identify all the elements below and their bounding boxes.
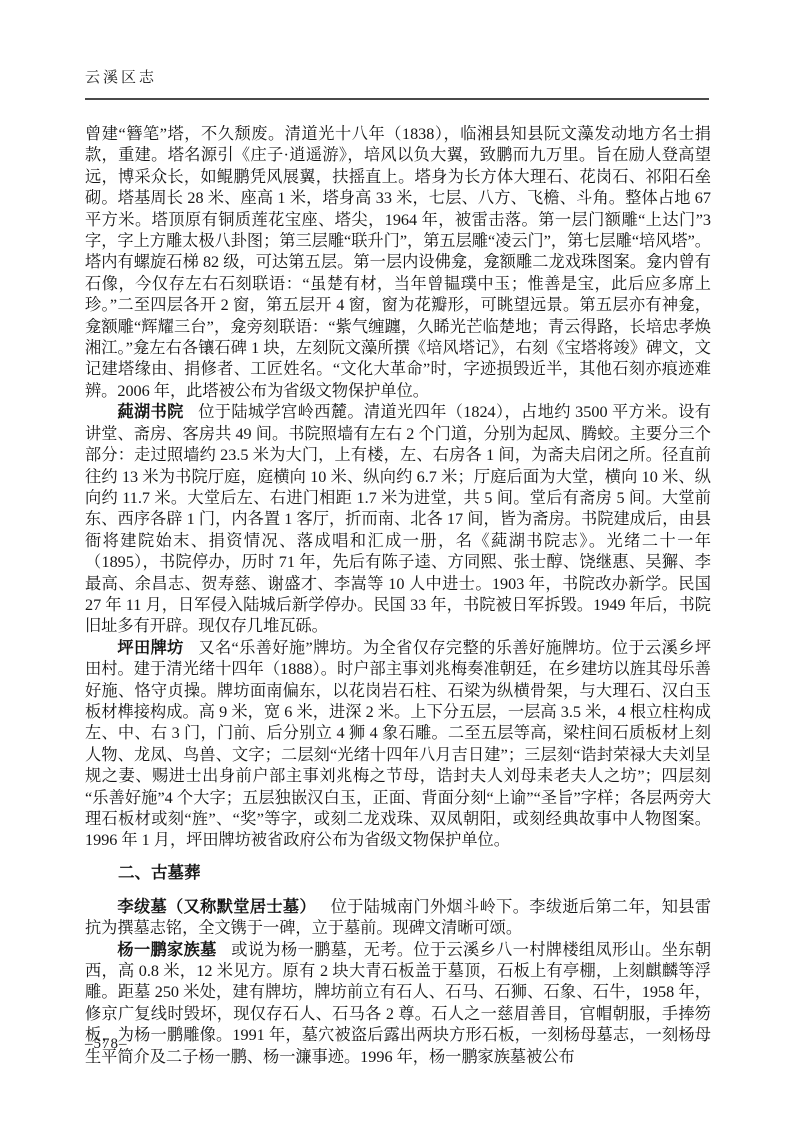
entry-title-chunhu-academy: 蒓湖书院 (117, 403, 183, 421)
running-header: 云溪区志 (85, 66, 709, 87)
entry-text-chunhu-academy: 位于陆城学宫岭西麓。清道光四年（1824），占地约 3500 平方米。设有讲堂、… (85, 403, 711, 635)
paragraph-peifeng-pagoda-continuation: 曾建“簪笔”塔，不久颓废。清道光十八年（1838），临湘县知县阮文藻发动地方名士… (85, 124, 711, 402)
book-title: 云溪区志 (85, 66, 157, 87)
document-page: 云溪区志 曾建“簪笔”塔，不久颓废。清道光十八年（1838），临湘县知县阮文藻发… (0, 0, 793, 1122)
page-number: –578– (85, 1036, 128, 1052)
header-rule (85, 98, 709, 100)
page-footer: –578– (85, 1036, 128, 1053)
paragraph-pingtian-archway: 坪田牌坊又名“乐善好施”牌坊。为全省仅存完整的乐善好施牌坊。位于云溪乡坪田村。建… (85, 638, 711, 852)
entry-title-lifu-tomb: 李绂墓（又称默堂居士墓） (117, 898, 316, 916)
paragraph-yangyipeng-family-tomb: 杨一鹏家族墓或说为杨一鹏墓，无考。位于云溪乡八一村牌楼组凤形山。坐东朝西，高 0… (85, 940, 711, 1068)
page-body: 曾建“簪笔”塔，不久颓废。清道光十八年（1838），临湘县知县阮文藻发动地方名士… (85, 124, 711, 1068)
paragraph-lifu-tomb: 李绂墓（又称默堂居士墓）位于陆城南门外烟斗岭下。李绂逝后第二年，知县雷抗为撰墓志… (85, 897, 711, 940)
paragraph-chunhu-academy: 蒓湖书院位于陆城学宫岭西麓。清道光四年（1824），占地约 3500 平方米。设… (85, 402, 711, 637)
entry-title-pingtian-archway: 坪田牌坊 (117, 639, 183, 657)
entry-text-pingtian-archway: 又名“乐善好施”牌坊。为全省仅存完整的乐善好施牌坊。位于云溪乡坪田村。建于清光绪… (85, 639, 711, 850)
entry-title-yangyipeng-family-tomb: 杨一鹏家族墓 (117, 941, 216, 959)
section-heading-ancient-tombs: 二、古墓葬 (85, 863, 711, 884)
entry-text-yangyipeng-family-tomb: 或说为杨一鹏墓，无考。位于云溪乡八一村牌楼组凤形山。坐东朝西，高 0.8 米，1… (85, 941, 711, 1066)
